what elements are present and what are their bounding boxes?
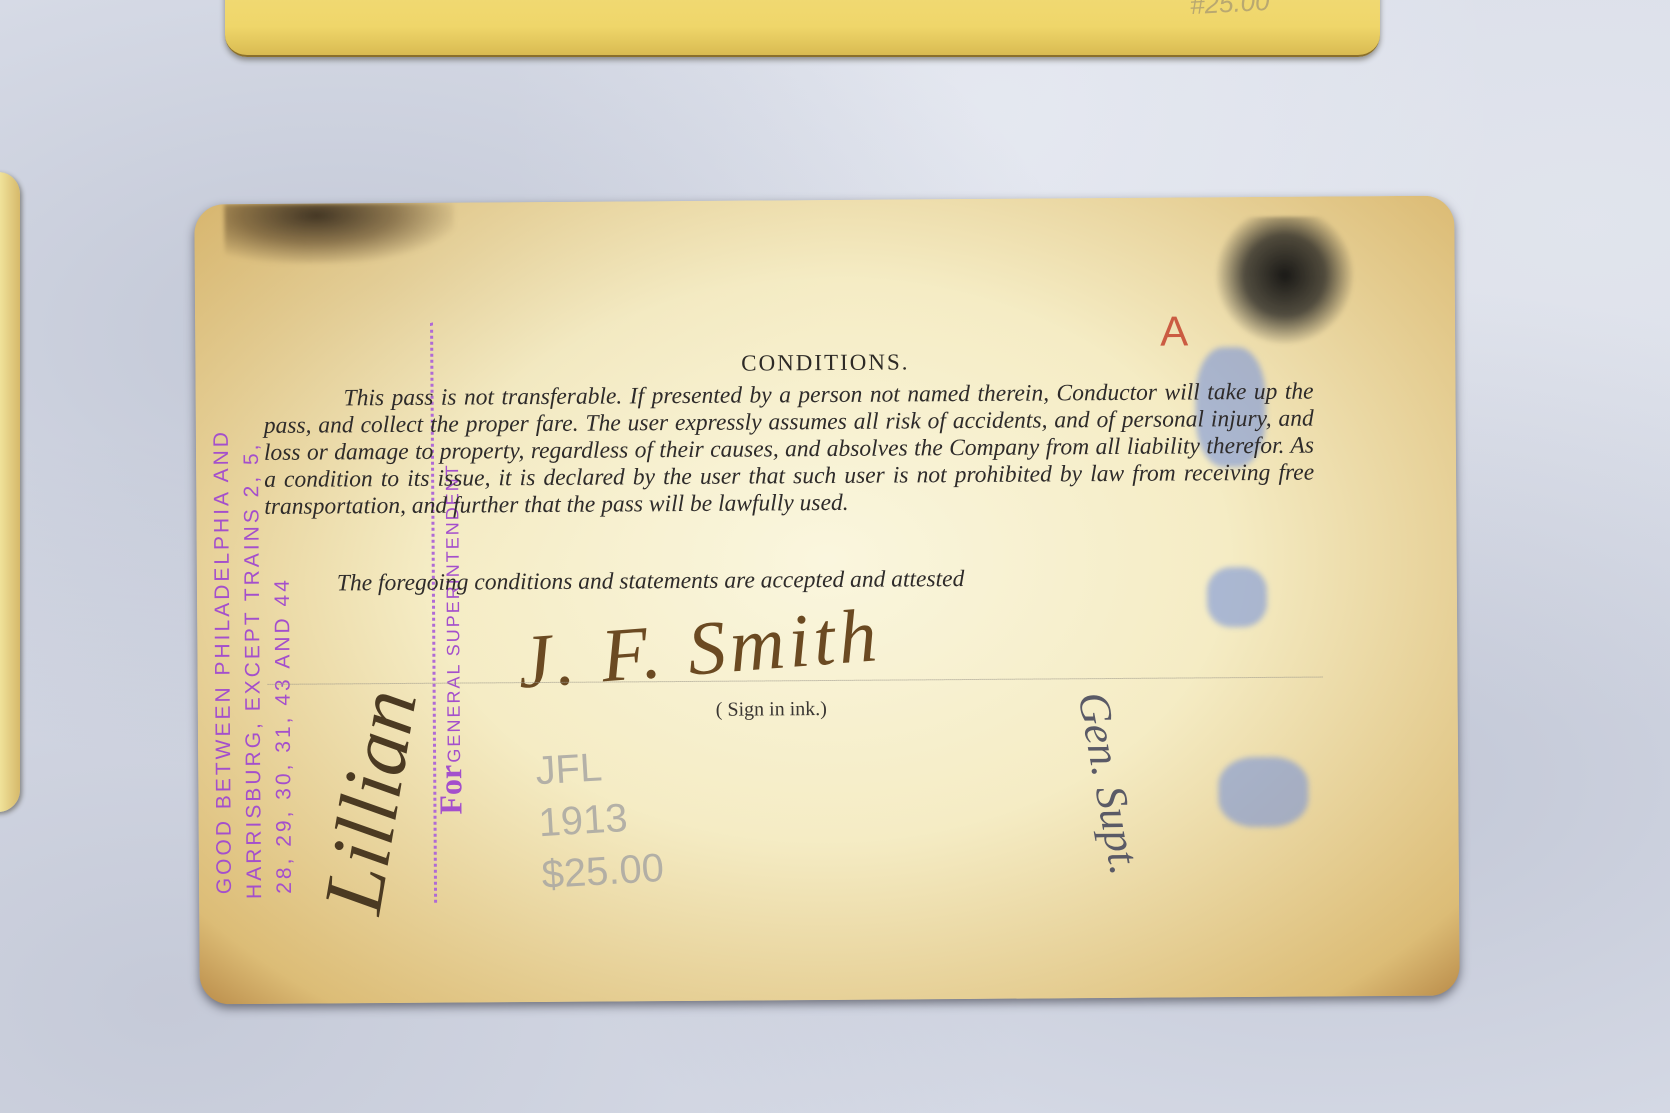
conditions-body: This pass is not transferable. If presen… [263,379,1314,521]
stamp-line-1: GOOD BETWEEN PHILADELPHIA AND [210,429,237,894]
stamp-line-3: 28, 29, 30, 31, 43 AND 44 [271,577,297,894]
pencil-year: 1913 [537,790,662,849]
stamp-line-2: HARRISBURG, EXCEPT TRAINS 2, 5, [240,441,267,899]
official-signature: Lillian [304,683,437,920]
blue-stain [1207,567,1267,627]
pencil-initials: JFL [534,738,659,797]
pencil-notes: JFL 1913 $25.00 [534,738,665,901]
pencil-price: $25.00 [540,842,665,901]
railroad-pass-card: A GOOD BETWEEN PHILADELPHIA AND HARRISBU… [194,196,1460,1005]
conditions-paragraph: This pass is not transferable. If presen… [263,379,1314,521]
top-yellow-card: #25.00 [225,0,1380,57]
holder-signature: J. F. Smith [515,592,884,707]
left-card-edge [0,172,20,812]
stamp-for-label: For [432,765,469,815]
conditions-title: CONDITIONS. [195,346,1455,381]
right-handwriting: Gen. Supt. [1067,688,1150,879]
sign-in-ink-caption: ( Sign in ink.) [716,698,827,722]
blue-stain [1218,757,1308,828]
top-card-pencil-note: #25.00 [1190,0,1271,21]
stain-top-right [1214,216,1355,347]
stain-top-left [224,203,454,265]
